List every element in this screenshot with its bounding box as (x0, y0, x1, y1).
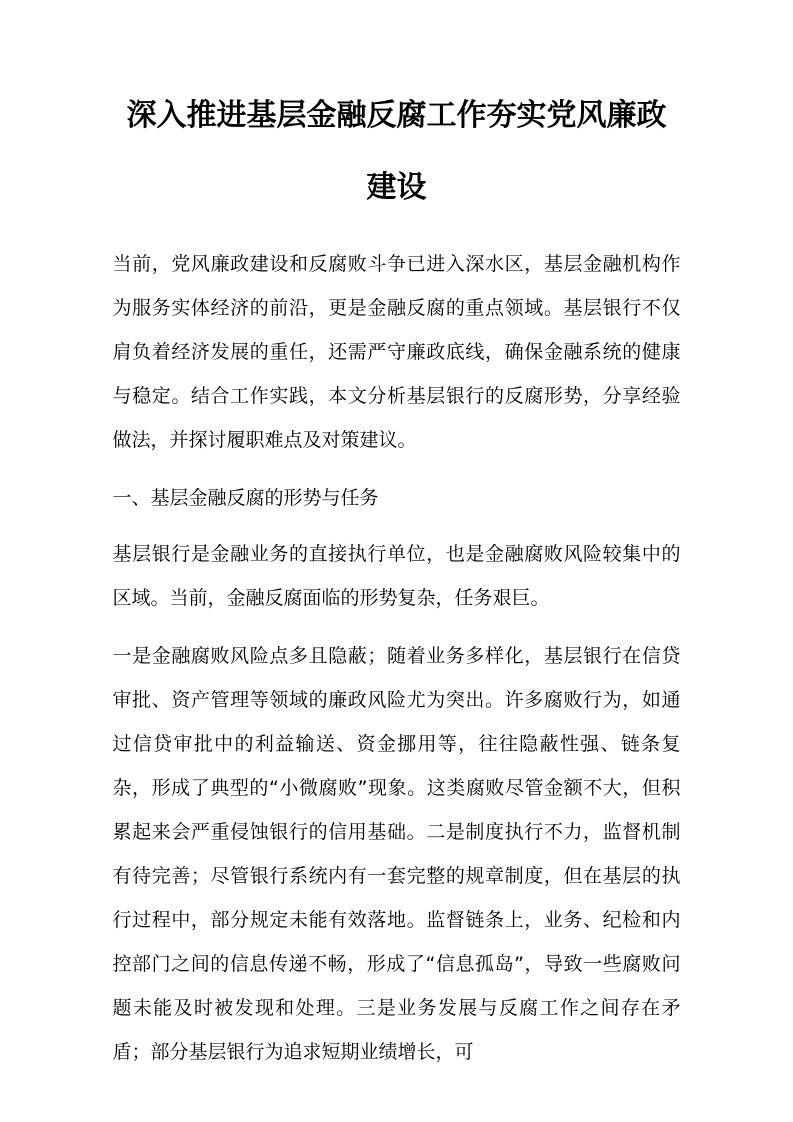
document-title: 深入推进基层金融反腐工作夯实党风廉政建设 (124, 80, 670, 224)
body-paragraph-1: 基层银行是金融业务的直接执行单位，也是金融腐败风险较集中的区域。当前，金融反腐面… (113, 532, 681, 620)
body-paragraph-2: 一是金融腐败风险点多且隐蔽；随着业务多样化，基层银行在信贷审批、资产管理等领域的… (113, 634, 681, 1074)
document-page: 深入推进基层金融反腐工作夯实党风廉政建设 当前，党风廉政建设和反腐败斗争已进入深… (0, 0, 793, 1122)
intro-paragraph: 当前，党风廉政建设和反腐败斗争已进入深水区，基层金融机构作为服务实体经济的前沿，… (113, 242, 681, 462)
section-heading-1: 一、基层金融反腐的形势与任务 (113, 476, 681, 520)
document-content: 深入推进基层金融反腐工作夯实党风廉政建设 当前，党风廉政建设和反腐败斗争已进入深… (113, 80, 681, 1074)
